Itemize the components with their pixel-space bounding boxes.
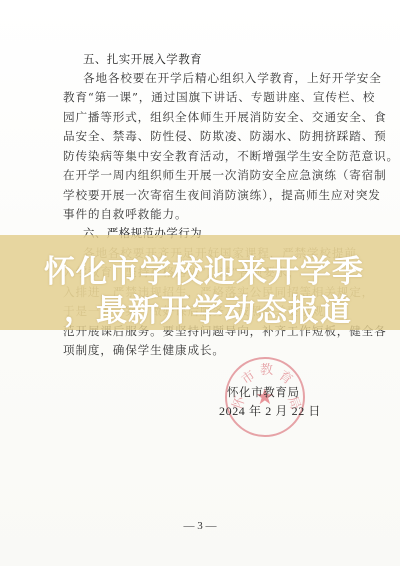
headline-line-2: ，最新开学动态报道 — [8, 293, 400, 329]
paragraph-line: 防传染病等集中安全教育活动，不断增强学生安全防范意识。 — [63, 149, 343, 163]
section-5-heading: 五、扎实开展入学教育 — [83, 52, 343, 66]
headline-line-1: 怀化市学校迎来开学季 — [4, 254, 400, 290]
paragraph-line: 品安全、禁毒、防性侵、防欺凌、防溺水、防拥挤踩踏、预 — [63, 129, 343, 143]
seal-char: 教 — [260, 359, 273, 378]
paragraph-line: 各地各校要在开学后精心组织入学教育，上好开学安全 — [83, 71, 343, 85]
signature-org: 怀化市教育局 — [227, 384, 300, 400]
paragraph-line: 学校要开展一次寄宿生夜间消防演练），提高师生应对突发 — [63, 188, 343, 202]
paragraph-line: 事件的自救呼救能力。 — [63, 207, 343, 221]
page-number: — 3 — — [0, 520, 400, 532]
signature-date: 2024 年 2 月 22 日 — [219, 402, 321, 419]
paragraph-line: 教育“第一课”，通过国旗下讲话、专题讲座、宣传栏、校 — [63, 90, 343, 104]
paragraph-line: 园广播等形式，组织全体师生开展消防安全、交通安全、食 — [63, 110, 343, 124]
paragraph-line: 项制度，确保学生健康成长。 — [63, 343, 343, 357]
paragraph-line: 在开学一周内组织师生开展一次消防安全应急演练（寄宿制 — [63, 168, 343, 182]
